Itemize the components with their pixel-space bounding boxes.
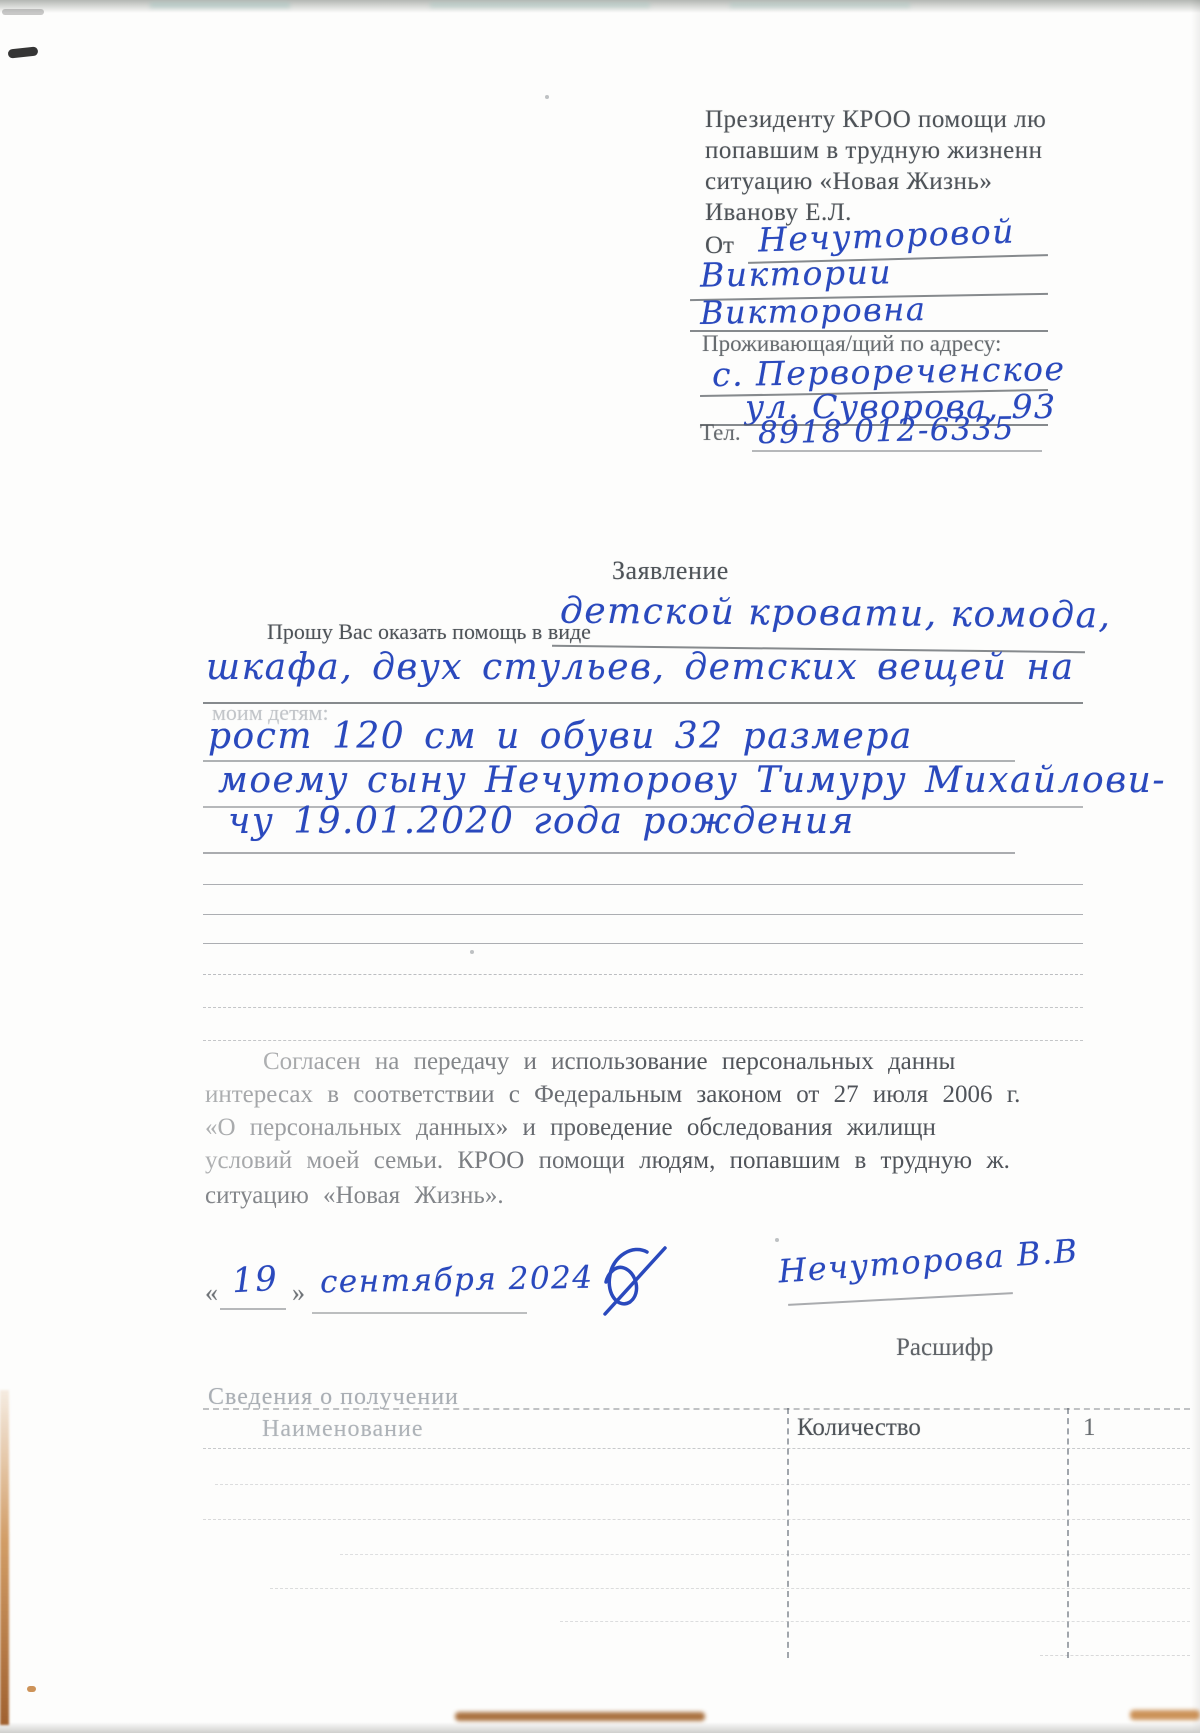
scan-orange-smear-corner [1130,1710,1200,1720]
request-lead-text: Прошу Вас оказать помощь в виде [267,619,591,645]
request-underline [203,702,1083,704]
scan-speck [545,95,549,99]
recipient-line: ситуацию «Новая Жизнь» [705,168,992,196]
scan-ink-mark [2,9,44,15]
handwritten-request-line: моему сыну Нечуторову Тимуру Михайлови- [218,760,1166,801]
consent-line: «О персональных данных» и проведение обс… [205,1114,936,1142]
handwritten-phone-value: 8918 012-6335 [758,411,1015,451]
recipient-line: попавшим в трудную жизненн [705,137,1043,165]
document-title: Заявление [612,556,729,586]
consent-line: интересах в соответствии с Федеральным з… [205,1081,1020,1109]
table-row-line [203,1448,1190,1449]
handwritten-request-line: детской кровати, комода, [560,591,1112,637]
scan-orange-smear-bottom [455,1712,705,1721]
date-underline [312,1312,527,1314]
scanned-application-page: Президенту КРОО помощи лю попавшим в тру… [0,0,1200,1733]
form-underline [752,450,1042,452]
consent-line: Согласен на передачу и использование пер… [263,1048,955,1076]
handwritten-date-month-year: сентября 2024 [320,1260,594,1301]
consent-line: условий моей семьи. КРОО помощи людям, п… [205,1147,1010,1175]
table-row-line [203,1519,1190,1520]
scan-orange-streak-left [0,1390,9,1725]
empty-ruled-line [203,1007,1083,1008]
handwritten-request-line: чу 19.01.2020 года рождения [228,801,855,842]
scan-speck [775,1238,779,1242]
handwritten-request-line: рост 120 см и обуви 32 размера [208,716,913,757]
empty-ruled-line [203,1040,1083,1041]
signature-underline [788,1292,1013,1306]
table-header-quantity: Количество [797,1414,921,1442]
receipt-section-title: Сведения о получении [208,1384,459,1411]
handwritten-date-day: 19 [231,1259,279,1301]
handwritten-request-line: шкафа, двух стульев, детских вещей на [206,647,1075,688]
transcript-label: Расшифр [896,1334,993,1362]
scan-top-teal-smudge [430,2,650,8]
table-row-line [215,1484,1190,1485]
empty-ruled-line [203,914,1083,915]
scan-bottom-edge [0,1722,1200,1733]
handwritten-signee-name: Нечуторова В.В [777,1232,1080,1291]
scan-top-teal-smudge [150,2,290,8]
empty-ruled-line [203,974,1083,975]
scan-speck [470,950,474,954]
scan-top-teal-smudge [730,2,910,8]
date-quote-close: » [292,1278,305,1308]
phone-label: Тел. [700,420,741,446]
table-header-partial: 1 [1083,1414,1096,1442]
handwritten-from-name: Викторовна [700,290,927,332]
date-quote-open: « [205,1278,218,1308]
empty-ruled-line [203,884,1083,885]
request-underline [203,852,1015,854]
table-top-border [203,1408,1190,1410]
handwritten-from-name: Виктории [700,252,893,294]
empty-ruled-line [203,943,1083,944]
scan-right-edge-shadow [1191,0,1200,1733]
date-underline [220,1308,286,1310]
table-row-line [560,1621,1190,1622]
table-row-line [340,1554,1190,1555]
scan-orange-speck [27,1686,36,1692]
recipient-line: Президенту КРОО помощи лю [705,106,1046,134]
signature-icon [585,1242,680,1322]
consent-line: ситуацию «Новая Жизнь». [205,1182,504,1210]
table-header-name: Наименование [262,1416,424,1443]
table-row-line [270,1588,1190,1589]
scan-ink-mark [8,46,39,58]
table-row-line [1040,1655,1190,1656]
